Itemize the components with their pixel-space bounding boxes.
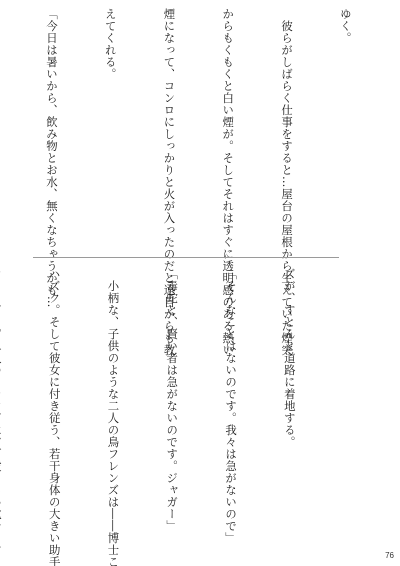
text-column: ズが、すとんと道路に着地する。 — [279, 268, 299, 518]
text-column: 「今日は暑いから、飲み物とお水、無くなちゃうかも… — [41, 8, 61, 254]
text-column: …うん、ごめんね。いつも重いもの…ありがと」 — [0, 8, 2, 254]
text-column: ハズク。そして彼女に付き従う、若干身体の大きい助手こと、ワ — [44, 268, 64, 518]
text-column: ゆく。 — [335, 8, 355, 254]
text-column: 「そんなことはないのです。我々は急がないので」 — [220, 268, 240, 518]
section-divider — [33, 257, 339, 258]
text-block-lower: ズが、すとんと道路に着地する。 「そんなことはないのです。我々は急がないので」 … — [0, 268, 338, 518]
text-block-upper: ゆく。 彼らがしばらく仕事をすると…屋台の屋根から生えていた煙突 からもくもくと… — [0, 8, 394, 254]
text-column: 「毒蛇と、賢い者は急がないのです。ジャガー」 — [162, 268, 182, 518]
text-column: 小柄な、子供のような二人の鳥フレンズは――博士こと、コノ — [103, 268, 123, 518]
text-column: 彼らがしばらく仕事をすると…屋台の屋根から生えていた煙突 — [276, 8, 296, 254]
text-column: えてくれる。 — [100, 8, 120, 254]
text-column: からもくもくと白い煙が。そしてそれはすぐに透明感のある熱い — [218, 8, 238, 254]
page-number: 76 — [385, 551, 394, 560]
text-column: 煙になって、コンロにしっかりと火が入ったのだと遠目からも教 — [159, 8, 179, 254]
text-column: シミミズク。二人のフレンズは、可愛らしい靴でとすとす進むと、 — [0, 268, 5, 518]
